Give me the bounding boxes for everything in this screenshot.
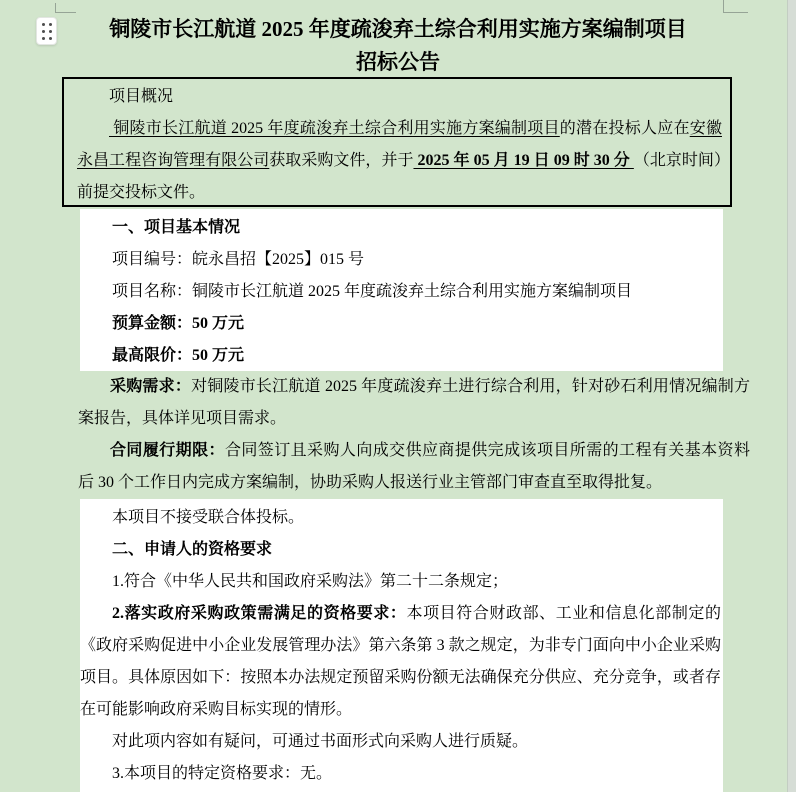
project-name-underlined: 铜陵市长江航道 2025 年度疏浚弃土综合利用实施方案编制项目 bbox=[109, 120, 560, 137]
contract-period-paragraph: 合同履行期限：合同签订且采购人向成交供应商提供完成该项目所需的工程有关基本资料后… bbox=[78, 435, 750, 499]
section2-heading: 二、申请人的资格要求 bbox=[80, 534, 721, 566]
contract-label: 合同履行期限： bbox=[110, 442, 225, 459]
deadline-datetime: 2025 年 05 月 19 日 09 时 30 分 bbox=[413, 152, 633, 169]
budget-line: 预算金额：50 万元 bbox=[80, 308, 721, 340]
demand-label: 采购需求： bbox=[110, 378, 191, 395]
qualification-item-2: 2.落实政府采购政策需满足的资格要求：本项目符合财政部、工业和信息化部制定的《政… bbox=[80, 598, 721, 726]
project-name-line: 项目名称：铜陵市长江航道 2025 年度疏浚弃土综合利用实施方案编制项目 bbox=[80, 276, 721, 308]
section-basic-info: 一、项目基本情况 项目编号：皖永昌招【2025】015 号 项目名称：铜陵市长江… bbox=[80, 209, 723, 371]
title-line-1: 铜陵市长江航道 2025 年度疏浚弃土综合利用实施方案编制项目 bbox=[0, 13, 796, 46]
overview-text: 的潜在投标人应在 bbox=[560, 120, 690, 137]
price-cap-line: 最高限价：50 万元 bbox=[80, 340, 721, 372]
objection-note-line: 对此项内容如有疑问，可通过书面形式向采购人进行质疑。 bbox=[80, 726, 721, 758]
no-consortium-line: 本项目不接受联合体投标。 bbox=[80, 502, 721, 534]
procurement-demand-paragraph: 采购需求：对铜陵市长江航道 2025 年度疏浚弃土进行综合利用，针对砂石利用情况… bbox=[78, 371, 750, 435]
overview-text: 获取采购文件，并于 bbox=[269, 152, 413, 169]
section-qualification: 本项目不接受联合体投标。 二、申请人的资格要求 1.符合《中华人民共和国政府采购… bbox=[80, 499, 723, 792]
window-edge-strip bbox=[787, 0, 796, 792]
item2-label: 2.落实政府采购政策需满足的资格要求： bbox=[112, 605, 407, 622]
document-title: 铜陵市长江航道 2025 年度疏浚弃土综合利用实施方案编制项目 招标公告 bbox=[0, 13, 796, 79]
qualification-item-3: 3.本项目的特定资格要求：无。 bbox=[80, 758, 721, 790]
section1-heading: 一、项目基本情况 bbox=[80, 212, 721, 244]
project-overview-box: 项目概况 铜陵市长江航道 2025 年度疏浚弃土综合利用实施方案编制项目的潜在投… bbox=[62, 77, 732, 207]
requirements-section: 采购需求：对铜陵市长江航道 2025 年度疏浚弃土进行综合利用，针对砂石利用情况… bbox=[78, 371, 752, 499]
overview-heading: 项目概况 bbox=[77, 81, 722, 113]
qualification-item-1: 1.符合《中华人民共和国政府采购法》第二十二条规定； bbox=[80, 566, 721, 598]
document-page: { "page": { "bg_color": "#d2e5cc", "high… bbox=[0, 0, 796, 792]
title-line-2: 招标公告 bbox=[0, 46, 796, 79]
overview-paragraph: 铜陵市长江航道 2025 年度疏浚弃土综合利用实施方案编制项目的潜在投标人应在安… bbox=[77, 113, 722, 209]
project-number-line: 项目编号：皖永昌招【2025】015 号 bbox=[80, 244, 721, 276]
